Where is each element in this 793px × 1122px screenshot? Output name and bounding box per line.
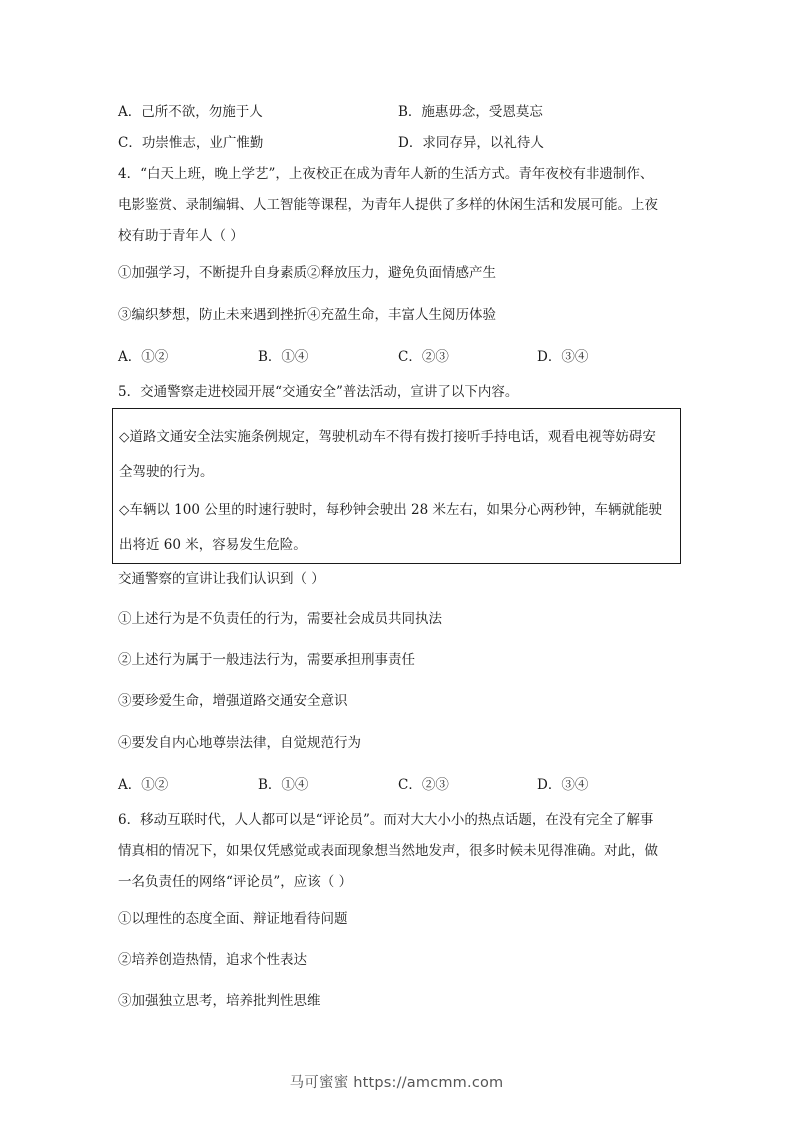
q6-statement: ①以理性的态度全面、辩证地看待问题: [118, 911, 348, 927]
q5-option-d: D．③④: [537, 777, 588, 793]
q3-option-a: A．己所不欲，勿施于人: [118, 104, 263, 120]
q4-stem-line: 电影鉴赏、录制编辑、人工智能等课程，为青年人提供了多样的休闲生活和发展可能。上夜: [118, 197, 658, 213]
q6-stem-line: 6．移动互联时代，人人都可以是“评论员”。而对大大小小的热点话题，在没有完全了解…: [118, 812, 653, 828]
q5-box-line: 出将近 60 米，容易发生危险。: [119, 537, 307, 553]
q3-option-b: B．施惠毋念，受恩莫忘: [398, 104, 543, 120]
q6-statement: ②培养创造热情，追求个性表达: [118, 952, 307, 968]
q5-statement: ②上述行为属于一般违法行为，需要承担刑事责任: [118, 652, 415, 668]
q5-statement: ①上述行为是不负责任的行为，需要社会成员共同执法: [118, 611, 442, 627]
q6-stem-line: 情真相的情况下，如果仅凭感觉或表面现象想当然地发声，很多时候未见得准确。对此，做: [118, 843, 658, 859]
q5-statement: ③要珍爱生命，增强道路交通安全意识: [118, 693, 348, 709]
q3-option-d: D．求同存异，以礼待人: [398, 135, 544, 151]
q5-material-box: ◇道路文通安全法实施条例规定，驾驶机动车不得有拨打接听手持电话，观看电视等妨碍安…: [112, 408, 681, 564]
q4-option-c: C．②③: [398, 349, 449, 365]
q5-option-a: A．①②: [118, 777, 168, 793]
q5-box-line: ◇道路文通安全法实施条例规定，驾驶机动车不得有拨打接听手持电话，观看电视等妨碍安: [119, 429, 656, 445]
q5-option-c: C．②③: [398, 777, 449, 793]
q6-stem-line: 一名负责任的网络“评论员”，应该（ ）: [118, 874, 352, 890]
q5-stem: 5．交通警察走进校园开展“交通安全”普法活动，宣讲了以下内容。: [118, 384, 518, 400]
q6-statement: ③加强独立思考，培养批判性思维: [118, 993, 321, 1009]
q5-prompt: 交通警察的宣讲让我们认识到（ ）: [118, 571, 325, 587]
q5-box-line: ◇车辆以 100 公里的时速行驶时，每秒钟会驶出 28 米左右，如果分心两秒钟，…: [119, 502, 662, 518]
q4-statement: ③编织梦想，防止未来遇到挫折④充盈生命，丰富人生阅历体验: [118, 307, 496, 323]
footer-watermark: 马可蜜蜜 https://amcmm.com: [0, 1071, 793, 1092]
q5-statement: ④要发自内心地尊崇法律，自觉规范行为: [118, 735, 361, 751]
q4-option-d: D．③④: [537, 349, 588, 365]
q4-option-b: B．①④: [258, 349, 308, 365]
q4-stem-line: 校有助于青年人（ ）: [118, 228, 244, 244]
q4-stem-line: 4．“白天上班，晚上学艺”，上夜校正在成为青年人新的生活方式。青年夜校有非遗制作…: [118, 166, 653, 182]
q4-option-a: A．①②: [118, 349, 168, 365]
q4-statement: ①加强学习，不断提升自身素质②释放压力，避免负面情感产生: [118, 265, 496, 281]
q3-option-c: C．功崇惟志，业广惟勤: [118, 135, 263, 151]
q5-option-b: B．①④: [258, 777, 308, 793]
q5-box-line: 全驾驶的行为。: [119, 464, 214, 480]
